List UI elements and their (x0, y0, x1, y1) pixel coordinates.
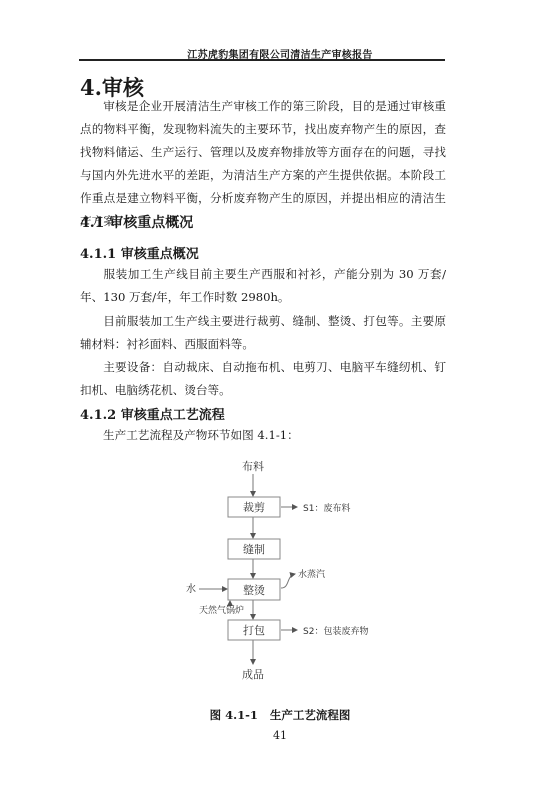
flow-step-cutting: 裁剪 (243, 500, 265, 514)
page-number: 41 (0, 729, 560, 742)
figure-number: 图 4.1-1 (210, 708, 258, 722)
flow-step-sewing: 缝制 (243, 542, 265, 556)
flow-step-packing: 打包 (243, 623, 265, 637)
figure-title: 生产工艺流程图 (270, 708, 351, 722)
flow-side-output-steam: 水蒸汽 (298, 568, 325, 580)
flow-side-input-water: 水 (186, 582, 196, 595)
flow-side-input-boiler: 天然气锅炉 (199, 604, 244, 616)
flow-output-label: 成品 (242, 667, 264, 681)
flow-side-output-s1: S1：废布料 (303, 502, 350, 514)
flow-input-label: 布料 (242, 459, 264, 473)
flow-side-output-s2: S2：包装废弃物 (303, 625, 368, 637)
process-flowchart: 布料 裁剪 缝制 整烫 打包 成品 S1：废布料 水蒸汽 S2：包装废弃物 水 … (0, 0, 560, 792)
figure-caption: 图 4.1-1生产工艺流程图 (0, 707, 560, 723)
flow-step-ironing: 整烫 (243, 583, 265, 597)
